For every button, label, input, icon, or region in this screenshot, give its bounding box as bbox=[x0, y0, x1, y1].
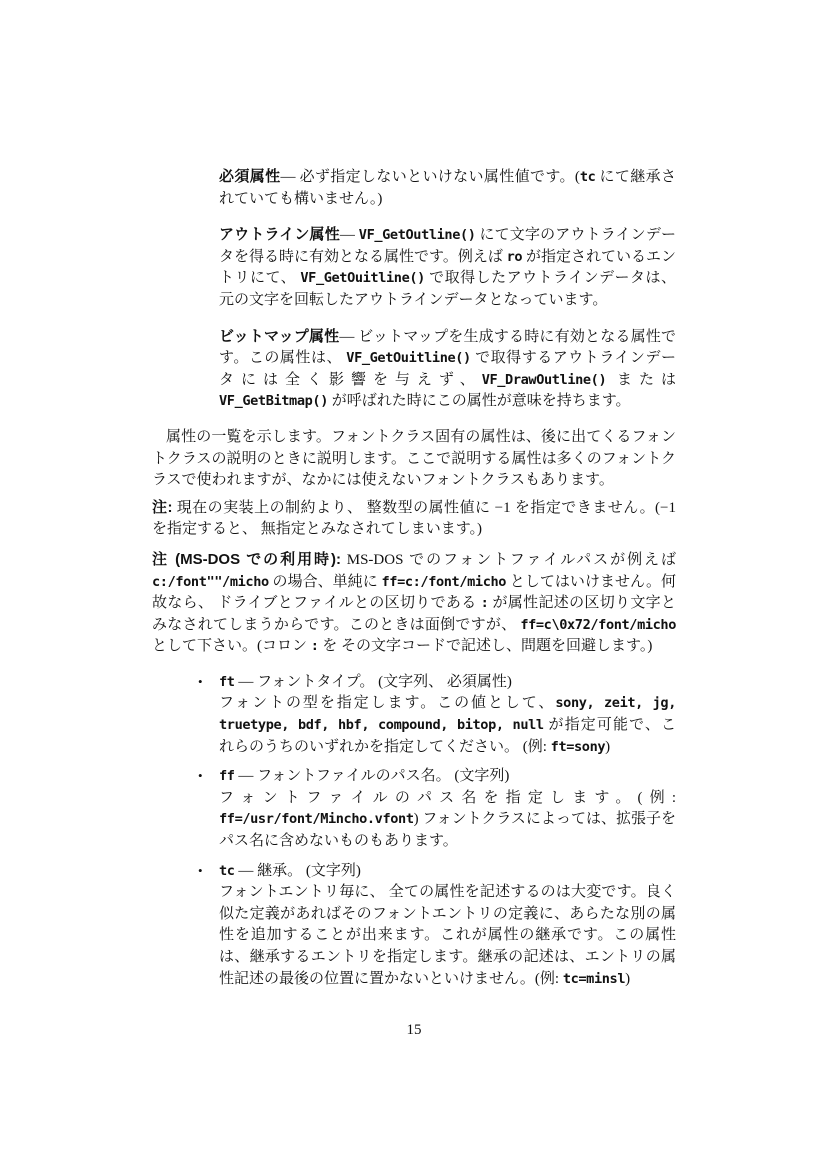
text-run: c:/font""/micho bbox=[152, 574, 269, 590]
bullet-icon: • bbox=[198, 671, 203, 693]
text-run: が呼ばれた時にこの属性が意味を持ちます。 bbox=[328, 393, 631, 409]
text-run: または bbox=[606, 372, 676, 388]
text-run: ft=sony bbox=[551, 739, 606, 755]
text-run: フォントの型を指定します。この値として、 bbox=[219, 695, 555, 711]
text-run: ff bbox=[219, 768, 235, 784]
text-run: VF_GetBitmap() bbox=[219, 393, 328, 409]
paragraph: 必須属性— 必ず指定しないといけない属性値です。(tc にて継承されていても構い… bbox=[219, 166, 676, 210]
text-run: ff=c\0x72/font/micho bbox=[520, 617, 676, 633]
page-number: 15 bbox=[0, 1022, 828, 1039]
text-run: VF_GetOuitline() bbox=[300, 270, 425, 286]
bullet-item-header: ff — フォントファイルのパス名。 (文字列) bbox=[219, 766, 676, 788]
text-run: VF_GetOuitline() bbox=[346, 350, 471, 366]
text-run: 必須属性 bbox=[219, 168, 280, 185]
bullet-item-body: フォントの型を指定します。この値として、sony, zeit, jg, true… bbox=[219, 693, 676, 758]
bullet-icon: • bbox=[198, 765, 203, 787]
paragraph: ビットマップ属性— ビットマップを生成する時に有効となる属性です。この属性は、 … bbox=[219, 326, 676, 413]
text-run: MS-DOS でのフォントファイルパスが例えば bbox=[341, 552, 676, 568]
text-run: ft bbox=[219, 674, 235, 690]
text-run: の場合、単純に bbox=[269, 574, 382, 590]
text-run: ) bbox=[605, 739, 610, 755]
text-run: ff=/usr/font/Mincho.vfont bbox=[219, 811, 414, 827]
text-run: — フォントファイルのパス名。 (文字列) bbox=[235, 768, 510, 784]
bullet-icon: • bbox=[198, 860, 203, 882]
text-run: 属性の一覧を示します。フォントクラス固有の属性は、後に出てくるフォントクラスの説… bbox=[152, 429, 676, 488]
text-run: VF_DrawOutline() bbox=[482, 372, 607, 388]
text-run: — 必ず指定しないといけない属性値です。( bbox=[280, 169, 579, 185]
text-run: 注 (MS-DOS での利用時): bbox=[152, 551, 341, 568]
text-run: tc bbox=[580, 169, 596, 185]
text-run: ビットマップ属性 bbox=[219, 328, 339, 345]
bullet-item: •ft — フォントタイプ。 (文字列、 必須属性)フォントの型を指定します。こ… bbox=[219, 672, 676, 758]
bullet-item: •ff — フォントファイルのパス名。 (文字列)フォントファイルのパス名を指定… bbox=[219, 766, 676, 852]
bullet-item-body: フォントエントリ毎に、 全ての属性を記述するのは大変です。良く似た定義があればそ… bbox=[219, 882, 676, 990]
text-run: : bbox=[311, 638, 319, 654]
paragraph: 注: 現在の実装上の制約より、 整数型の属性値に −1 を指定できません。(−1… bbox=[152, 497, 676, 541]
text-run: 現在の実装上の制約より、 整数型の属性値に −1 を指定できません。(−1 を指… bbox=[152, 500, 676, 538]
text-run: を その文字コードで記述し、問題を回避します。) bbox=[319, 638, 653, 654]
bullet-item-header: tc — 継承。 (文字列) bbox=[219, 861, 676, 883]
paragraph: 属性の一覧を示します。フォントクラス固有の属性は、後に出てくるフォントクラスの説… bbox=[152, 427, 676, 492]
text-run: — 継承。 (文字列) bbox=[235, 863, 361, 879]
text-run: アウトライン属性 bbox=[219, 226, 340, 243]
bullet-item-header: ft — フォントタイプ。 (文字列、 必須属性) bbox=[219, 672, 676, 694]
text-run: tc=minsl bbox=[563, 971, 625, 987]
text-run: — bbox=[340, 227, 359, 243]
page-body: 必須属性— 必ず指定しないといけない属性値です。(tc にて継承されていても構い… bbox=[152, 166, 676, 990]
text-run: フォントファイルのパス名を指定します。(例: bbox=[219, 790, 676, 806]
bullet-item-body: フォントファイルのパス名を指定します。(例: ff=/usr/font/Minc… bbox=[219, 788, 676, 853]
text-run: 注: bbox=[152, 499, 172, 516]
text-run: として下さい。(コロン bbox=[152, 638, 311, 654]
text-run: ro bbox=[507, 249, 523, 265]
text-run: ff=c:/font/micho bbox=[382, 574, 507, 590]
text-run: VF_GetOutline() bbox=[359, 227, 476, 243]
paragraph: 注 (MS-DOS での利用時): MS-DOS でのフォントファイルパスが例え… bbox=[152, 549, 676, 658]
text-run: tc bbox=[219, 863, 235, 879]
paragraph: アウトライン属性— VF_GetOutline() にて文字のアウトラインデータ… bbox=[219, 224, 676, 311]
text-run: ) bbox=[625, 971, 630, 987]
bullet-item: •tc — 継承。 (文字列)フォントエントリ毎に、 全ての属性を記述するのは大… bbox=[219, 861, 676, 991]
text-run: — フォントタイプ。 (文字列、 必須属性) bbox=[235, 674, 512, 690]
document-page: 必須属性— 必ず指定しないといけない属性値です。(tc にて継承されていても構い… bbox=[0, 0, 828, 1171]
